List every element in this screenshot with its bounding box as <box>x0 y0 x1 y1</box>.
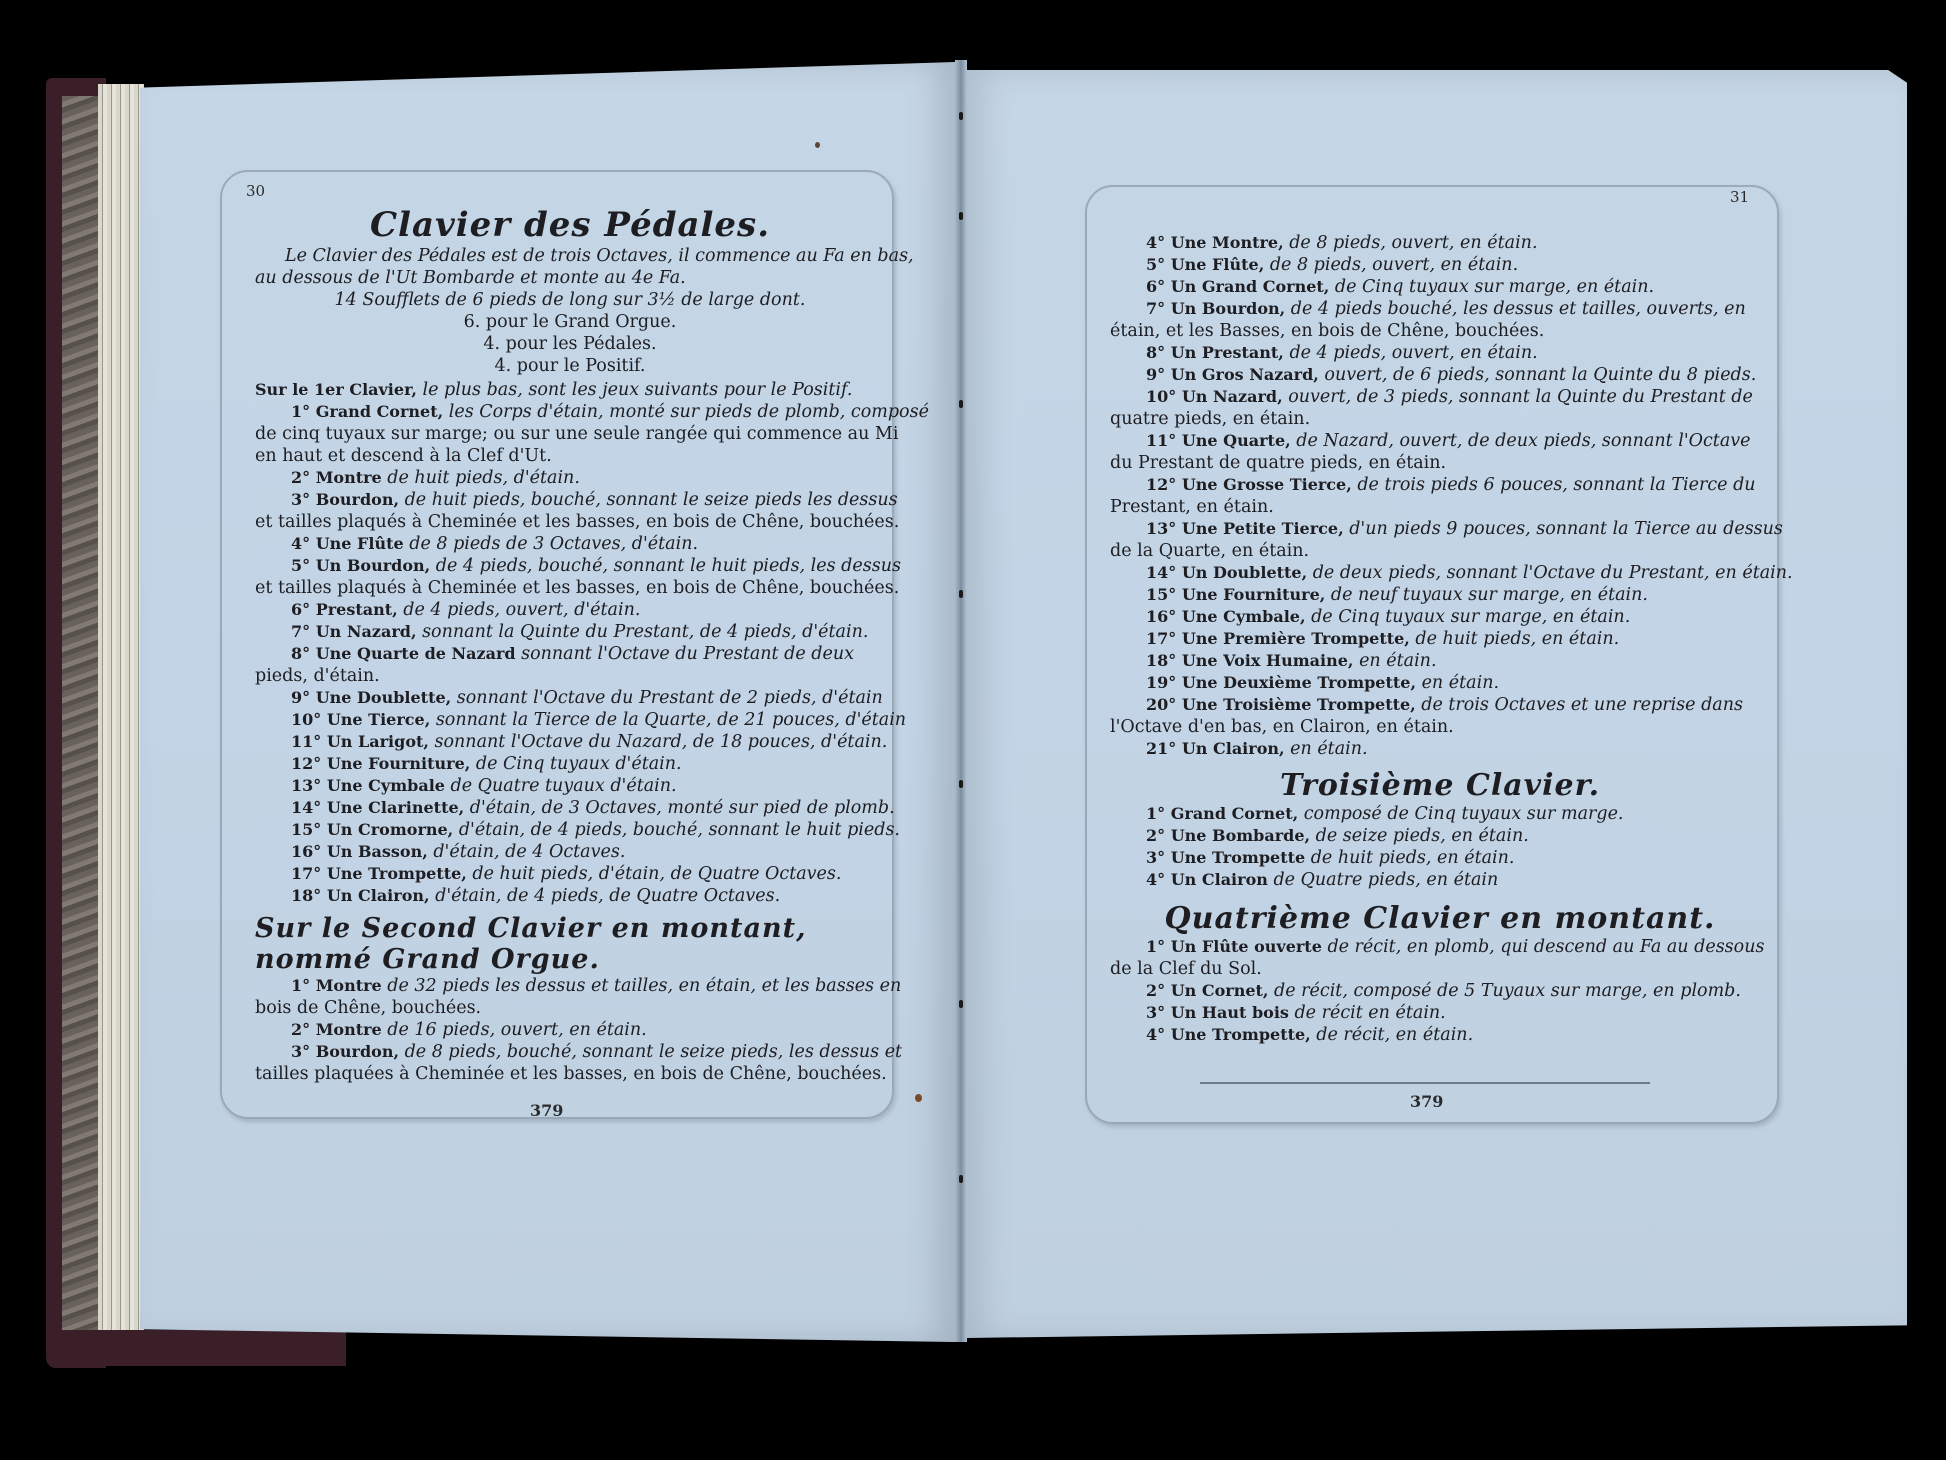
stop-entry: 6° Un Grand Cornet, de Cinq tuyaux sur m… <box>1110 276 1770 298</box>
stitch-mark <box>959 590 963 598</box>
intro-line: Le Clavier des Pédales est de trois Octa… <box>255 245 885 267</box>
stop-description: sonnant la Tierce de la Quarte, de 21 po… <box>430 710 906 730</box>
foxing-spot <box>815 142 820 148</box>
stop-description: d'étain, de 3 Octaves, monté sur pied de… <box>464 798 894 818</box>
stop-description: de Quatre pieds, en étain <box>1268 870 1498 890</box>
stop-entry: 12° Une Fourniture, de Cinq tuyaux d'éta… <box>255 753 885 775</box>
stitch-mark <box>959 1000 963 1008</box>
stop-description: de huit pieds, en étain. <box>1410 629 1619 649</box>
stop-description: de 32 pieds les dessus et tailles, en ét… <box>382 976 902 996</box>
stop-entry: 1° Montre de 32 pieds les dessus et tail… <box>255 975 885 1019</box>
stop-description-continued: de cinq tuyaux sur marge; ou sur une seu… <box>255 423 885 445</box>
stop-number: 4° <box>1146 870 1165 889</box>
stop-name: Un Doublette, <box>1182 563 1307 582</box>
section-title-quatrieme-clavier: Quatrième Clavier en montant. <box>1110 901 1770 936</box>
stop-description: de 8 pieds, ouvert, en étain. <box>1264 255 1518 275</box>
foxing-spot <box>915 1094 922 1102</box>
stop-number: 4° <box>1146 1025 1165 1044</box>
stop-number: 10° <box>291 710 321 729</box>
stop-name: Un Flûte ouverte <box>1171 937 1322 956</box>
stop-description: de Nazard, ouvert, de deux pieds, sonnan… <box>1291 431 1751 451</box>
stop-name: Une Grosse Tierce, <box>1182 475 1352 494</box>
section-title-grand-orgue: Sur le Second Clavier en montant, nommé … <box>255 913 885 975</box>
stop-name: Une Trompette <box>1171 848 1305 867</box>
stop-name: Un Cornet, <box>1171 981 1269 1000</box>
stop-name: Un Clairon, <box>1182 739 1285 758</box>
stop-entry: 7° Un Nazard, sonnant la Quinte du Prest… <box>255 621 885 643</box>
stop-entry: 4° Un Clairon de Quatre pieds, en étain <box>1110 869 1770 891</box>
stop-name: Un Basson, <box>327 842 428 861</box>
stop-description: ouvert, de 6 pieds, sonnant la Quinte du… <box>1319 365 1756 385</box>
stop-entry: 17° Une Trompette, de huit pieds, d'étai… <box>255 863 885 885</box>
stop-name: Bourdon, <box>316 490 399 509</box>
stop-entry: 4° Une Trompette, de récit, en étain. <box>1110 1024 1770 1046</box>
stop-name: Une Première Trompette, <box>1182 629 1410 648</box>
stop-description-continued: bois de Chêne, bouchées. <box>255 997 885 1019</box>
stop-name: Montre <box>316 468 382 487</box>
stop-name: Une Trompette, <box>327 864 467 883</box>
stop-number: 1° <box>291 976 310 995</box>
stop-entry: 5° Une Flûte, de 8 pieds, ouvert, en éta… <box>1110 254 1770 276</box>
stop-entry: 13° Une Cymbale de Quatre tuyaux d'étain… <box>255 775 885 797</box>
stop-name: Montre <box>316 1020 382 1039</box>
stop-description: de 8 pieds, ouvert, en étain. <box>1284 233 1538 253</box>
gutter <box>955 60 967 1342</box>
stop-entry: 14° Un Doublette, de deux pieds, sonnant… <box>1110 562 1770 584</box>
stop-entry: 8° Une Quarte de Nazard sonnant l'Octave… <box>255 643 885 687</box>
stop-description-continued: et tailles plaqués à Cheminée et les bas… <box>255 577 885 599</box>
stop-number: 15° <box>291 820 321 839</box>
page-number-right: 31 <box>1730 188 1749 206</box>
stop-description: de 16 pieds, ouvert, en étain. <box>382 1020 647 1040</box>
stop-name: Une Trompette, <box>1171 1025 1311 1044</box>
stop-description: de deux pieds, sonnant l'Octave du Prest… <box>1307 563 1792 583</box>
stop-entry: 6° Prestant, de 4 pieds, ouvert, d'étain… <box>255 599 885 621</box>
stop-entry: 1° Un Flûte ouverte de récit, en plomb, … <box>1110 936 1770 980</box>
stop-number: 13° <box>1146 519 1176 538</box>
stop-number: 21° <box>1146 739 1176 758</box>
book-cover-bottom <box>46 1330 346 1366</box>
stop-entry: 9° Une Doublette, sonnant l'Octave du Pr… <box>255 687 885 709</box>
stop-entry: 12° Une Grosse Tierce, de trois pieds 6 … <box>1110 474 1770 518</box>
stop-number: 3° <box>291 1042 310 1061</box>
stop-description-continued: en haut et descend à la Clef d'Ut. <box>255 445 885 467</box>
stop-entry: 7° Un Bourdon, de 4 pieds bouché, les de… <box>1110 298 1770 342</box>
stop-name: Une Fourniture, <box>1182 585 1325 604</box>
stop-name: Une Doublette, <box>316 688 452 707</box>
stop-entry: 11° Une Quarte, de Nazard, ouvert, de de… <box>1110 430 1770 474</box>
stop-number: 1° <box>1146 937 1165 956</box>
right-page-content: 4° Une Montre, de 8 pieds, ouvert, en ét… <box>1110 232 1770 1046</box>
stop-description: en étain. <box>1285 739 1368 759</box>
stop-name: Un Cromorne, <box>327 820 453 839</box>
stop-name: Bourdon, <box>316 1042 399 1061</box>
stop-description: de 8 pieds de 3 Octaves, d'étain. <box>404 534 698 554</box>
stop-description-continued: du Prestant de quatre pieds, en étain. <box>1110 452 1770 474</box>
stop-description: d'étain, de 4 Octaves. <box>428 842 626 862</box>
stitch-mark <box>959 1175 963 1183</box>
stop-name: Un Bourdon, <box>1171 299 1285 318</box>
stop-name: Une Flûte <box>316 534 404 553</box>
stop-description: de 8 pieds, bouché, sonnant le seize pie… <box>399 1042 902 1062</box>
stop-name: Un Larigot, <box>327 732 429 751</box>
stop-description-continued: l'Octave d'en bas, en Clairon, en étain. <box>1110 716 1770 738</box>
stop-name: Une Quarte, <box>1182 431 1291 450</box>
stop-description: les Corps d'étain, monté sur pieds de pl… <box>443 402 929 422</box>
stop-entry: 3° Une Trompette de huit pieds, en étain… <box>1110 847 1770 869</box>
intro-line: 4. pour les Pédales. <box>255 333 885 355</box>
stop-number: 6° <box>291 600 310 619</box>
stop-name: Une Fourniture, <box>327 754 470 773</box>
stop-description: sonnant l'Octave du Prestant de deux <box>516 644 854 664</box>
stop-number: 17° <box>291 864 321 883</box>
stop-entry: 2° Montre de huit pieds, d'étain. <box>255 467 885 489</box>
stop-number: 16° <box>1146 607 1176 626</box>
stop-number: 1° <box>1146 804 1165 823</box>
stop-description: de récit en étain. <box>1289 1003 1446 1023</box>
stop-description: sonnant l'Octave du Nazard, de 18 pouces… <box>429 732 887 752</box>
stop-description: sonnant l'Octave du Prestant de 2 pieds,… <box>451 688 883 708</box>
stop-entry: 10° Un Nazard, ouvert, de 3 pieds, sonna… <box>1110 386 1770 430</box>
stop-name: Grand Cornet, <box>316 402 443 421</box>
stop-name: Un Nazard, <box>316 622 417 641</box>
stop-entry: 16° Un Basson, d'étain, de 4 Octaves. <box>255 841 885 863</box>
stop-description: de récit, en étain. <box>1311 1025 1473 1045</box>
stop-entry: 11° Un Larigot, sonnant l'Octave du Naza… <box>255 731 885 753</box>
stop-number: 17° <box>1146 629 1176 648</box>
stop-entry: 3° Un Haut bois de récit en étain. <box>1110 1002 1770 1024</box>
stop-number: 9° <box>291 688 310 707</box>
stop-name: Une Troisième Trompette, <box>1182 695 1416 714</box>
stop-number: 9° <box>1146 365 1165 384</box>
stop-number: 3° <box>1146 1003 1165 1022</box>
stitch-mark <box>959 112 963 120</box>
stop-description-continued: tailles plaquées à Cheminée et les basse… <box>255 1063 885 1085</box>
stop-name: Une Cymbale, <box>1182 607 1306 626</box>
footer-number-right: 379 <box>1410 1092 1443 1111</box>
stop-entry: 2° Un Cornet, de récit, composé de 5 Tuy… <box>1110 980 1770 1002</box>
section-intro-positif: Sur le 1er Clavier, le plus bas, sont le… <box>255 379 885 401</box>
stop-entry: 13° Une Petite Tierce, d'un pieds 9 pouc… <box>1110 518 1770 562</box>
stop-entry: 15° Une Fourniture, de neuf tuyaux sur m… <box>1110 584 1770 606</box>
stop-name: Une Tierce, <box>327 710 430 729</box>
stop-number: 16° <box>291 842 321 861</box>
stop-description: de huit pieds, d'étain. <box>382 468 580 488</box>
intro-line: 14 Soufflets de 6 pieds de long sur 3½ d… <box>255 289 885 311</box>
stop-description: en étain. <box>1416 673 1499 693</box>
stop-description: de récit, composé de 5 Tuyaux sur marge,… <box>1268 981 1740 1001</box>
stop-description: de Quatre tuyaux d'étain. <box>445 776 677 796</box>
stop-name: Un Nazard, <box>1182 387 1283 406</box>
stop-entry: 3° Bourdon, de 8 pieds, bouché, sonnant … <box>255 1041 885 1085</box>
stop-description: ouvert, de 3 pieds, sonnant la Quinte du… <box>1283 387 1753 407</box>
stop-name: Une Flûte, <box>1171 255 1265 274</box>
stop-number: 5° <box>291 556 310 575</box>
stop-name: Une Voix Humaine, <box>1182 651 1354 670</box>
stop-entry: 9° Un Gros Nazard, ouvert, de 6 pieds, s… <box>1110 364 1770 386</box>
stop-number: 12° <box>1146 475 1176 494</box>
stop-number: 2° <box>1146 826 1165 845</box>
stop-number: 14° <box>1146 563 1176 582</box>
stop-name: Prestant, <box>316 600 398 619</box>
stop-number: 7° <box>291 622 310 641</box>
stop-name: Un Clairon, <box>327 886 430 905</box>
stop-description: d'un pieds 9 pouces, sonnant la Tierce a… <box>1344 519 1783 539</box>
stop-number: 11° <box>1146 431 1176 450</box>
stop-number: 2° <box>1146 981 1165 1000</box>
stop-entry: 5° Un Bourdon, de 4 pieds, bouché, sonna… <box>255 555 885 599</box>
intro-line: au dessous de l'Ut Bombarde et monte au … <box>255 267 885 289</box>
stop-number: 14° <box>291 798 321 817</box>
stop-name: Un Prestant, <box>1171 343 1284 362</box>
stop-description: de huit pieds, en étain. <box>1305 848 1514 868</box>
section-title-troisieme-clavier: Troisième Clavier. <box>1110 768 1770 803</box>
stop-number: 15° <box>1146 585 1176 604</box>
stop-number: 18° <box>291 886 321 905</box>
stop-description-continued: étain, et les Basses, en bois de Chêne, … <box>1110 320 1770 342</box>
stop-name: Un Grand Cornet, <box>1171 277 1330 296</box>
stop-number: 12° <box>291 754 321 773</box>
footer-number-left: 379 <box>530 1101 563 1120</box>
stitch-mark <box>959 212 963 220</box>
stop-number: 4° <box>291 534 310 553</box>
stop-description: de 4 pieds, bouché, sonnant le huit pied… <box>430 556 901 576</box>
stop-name: Une Petite Tierce, <box>1182 519 1344 538</box>
page-number-left: 30 <box>246 182 265 200</box>
stop-description: de Cinq tuyaux sur marge, en étain. <box>1306 607 1631 627</box>
stop-description: de huit pieds, bouché, sonnant le seize … <box>399 490 898 510</box>
stop-name: Grand Cornet, <box>1171 804 1298 823</box>
stop-description: de Cinq tuyaux sur marge, en étain. <box>1329 277 1654 297</box>
left-page-content: Clavier des Pédales. Le Clavier des Péda… <box>255 205 885 1085</box>
stop-entry: 2° Montre de 16 pieds, ouvert, en étain. <box>255 1019 885 1041</box>
stop-number: 7° <box>1146 299 1165 318</box>
stop-number: 8° <box>291 644 310 663</box>
intro-line: 6. pour le Grand Orgue. <box>255 311 885 333</box>
stop-entry: 1° Grand Cornet, composé de Cinq tuyaux … <box>1110 803 1770 825</box>
stop-entry: 20° Une Troisième Trompette, de trois Oc… <box>1110 694 1770 738</box>
stop-description-continued: et tailles plaqués à Cheminée et les bas… <box>255 511 885 533</box>
stop-description: de seize pieds, en étain. <box>1310 826 1529 846</box>
page-edges <box>98 84 144 1334</box>
stop-entry: 3° Bourdon, de huit pieds, bouché, sonna… <box>255 489 885 533</box>
stop-description: de neuf tuyaux sur marge, en étain. <box>1325 585 1648 605</box>
footer-rule-right <box>1200 1082 1650 1084</box>
stop-description: composé de Cinq tuyaux sur marge. <box>1298 804 1623 824</box>
stop-number: 20° <box>1146 695 1176 714</box>
stop-entry: 4° Une Flûte de 8 pieds de 3 Octaves, d'… <box>255 533 885 555</box>
stop-number: 3° <box>1146 848 1165 867</box>
stop-description: d'étain, de 4 pieds, bouché, sonnant le … <box>453 820 900 840</box>
stop-entry: 21° Un Clairon, en étain. <box>1110 738 1770 760</box>
stop-entry: 19° Une Deuxième Trompette, en étain. <box>1110 672 1770 694</box>
stop-number: 5° <box>1146 255 1165 274</box>
stop-name: Un Haut bois <box>1171 1003 1289 1022</box>
stop-name: Une Montre, <box>1171 233 1284 252</box>
stop-description: de 4 pieds, ouvert, d'étain. <box>398 600 641 620</box>
stop-name: Une Quarte de Nazard <box>316 644 516 663</box>
stop-description-continued: quatre pieds, en étain. <box>1110 408 1770 430</box>
stop-name: Montre <box>316 976 382 995</box>
stop-number: 8° <box>1146 343 1165 362</box>
stop-number: 4° <box>1146 233 1165 252</box>
stop-number: 11° <box>291 732 321 751</box>
stop-number: 6° <box>1146 277 1165 296</box>
stop-description: sonnant la Quinte du Prestant, de 4 pied… <box>417 622 869 642</box>
stop-number: 19° <box>1146 673 1176 692</box>
stop-description-continued: pieds, d'étain. <box>255 665 885 687</box>
stop-description: de 4 pieds bouché, les dessus et tailles… <box>1285 299 1746 319</box>
stop-description: de récit, en plomb, qui descend au Fa au… <box>1322 937 1765 957</box>
stop-name: Une Cymbale <box>327 776 445 795</box>
stitch-mark <box>959 780 963 788</box>
stop-name: Un Clairon <box>1171 870 1268 889</box>
stop-name: Un Bourdon, <box>316 556 430 575</box>
stop-number: 10° <box>1146 387 1176 406</box>
stop-number: 1° <box>291 402 310 421</box>
stop-description: de trois pieds 6 pouces, sonnant la Tier… <box>1352 475 1756 495</box>
stop-number: 18° <box>1146 651 1176 670</box>
stop-description-continued: de la Quarte, en étain. <box>1110 540 1770 562</box>
stop-entry: 17° Une Première Trompette, de huit pied… <box>1110 628 1770 650</box>
stop-entry: en haut et descend à la Clef d'Ut. <box>255 445 885 467</box>
stop-name: Un Gros Nazard, <box>1171 365 1319 384</box>
stop-number: 2° <box>291 468 310 487</box>
stop-entry: 18° Une Voix Humaine, en étain. <box>1110 650 1770 672</box>
stop-name: Une Bombarde, <box>1171 826 1310 845</box>
intro-line: 4. pour le Positif. <box>255 355 885 377</box>
stop-name: Une Deuxième Trompette, <box>1182 673 1416 692</box>
stop-description: de huit pieds, d'étain, de Quatre Octave… <box>467 864 842 884</box>
stop-description: de trois Octaves et une reprise dans <box>1416 695 1743 715</box>
stop-entry: 4° Une Montre, de 8 pieds, ouvert, en ét… <box>1110 232 1770 254</box>
stop-number: 13° <box>291 776 321 795</box>
stop-entry: 14° Une Clarinette, d'étain, de 3 Octave… <box>255 797 885 819</box>
stop-entry: 1° Grand Cornet, les Corps d'étain, mont… <box>255 401 885 445</box>
stop-description: de Cinq tuyaux d'étain. <box>470 754 681 774</box>
marbled-endpaper <box>62 96 98 1331</box>
stop-description-continued: de la Clef du Sol. <box>1110 958 1770 980</box>
stop-number: 2° <box>291 1020 310 1039</box>
stop-entry: 16° Une Cymbale, de Cinq tuyaux sur marg… <box>1110 606 1770 628</box>
stop-description-continued: Prestant, en étain. <box>1110 496 1770 518</box>
stop-entry: 18° Un Clairon, d'étain, de 4 pieds, de … <box>255 885 885 907</box>
stitch-mark <box>959 400 963 408</box>
section-title-pedales: Clavier des Pédales. <box>255 205 885 245</box>
stop-number: 3° <box>291 490 310 509</box>
stop-entry: 10° Une Tierce, sonnant la Tierce de la … <box>255 709 885 731</box>
stop-description: de 4 pieds, ouvert, en étain. <box>1284 343 1538 363</box>
stop-name: Une Clarinette, <box>327 798 464 817</box>
stop-entry: 15° Un Cromorne, d'étain, de 4 pieds, bo… <box>255 819 885 841</box>
stop-description: en étain. <box>1354 651 1437 671</box>
stop-entry: 8° Un Prestant, de 4 pieds, ouvert, en é… <box>1110 342 1770 364</box>
stop-entry: 2° Une Bombarde, de seize pieds, en étai… <box>1110 825 1770 847</box>
stop-description: d'étain, de 4 pieds, de Quatre Octaves. <box>430 886 781 906</box>
